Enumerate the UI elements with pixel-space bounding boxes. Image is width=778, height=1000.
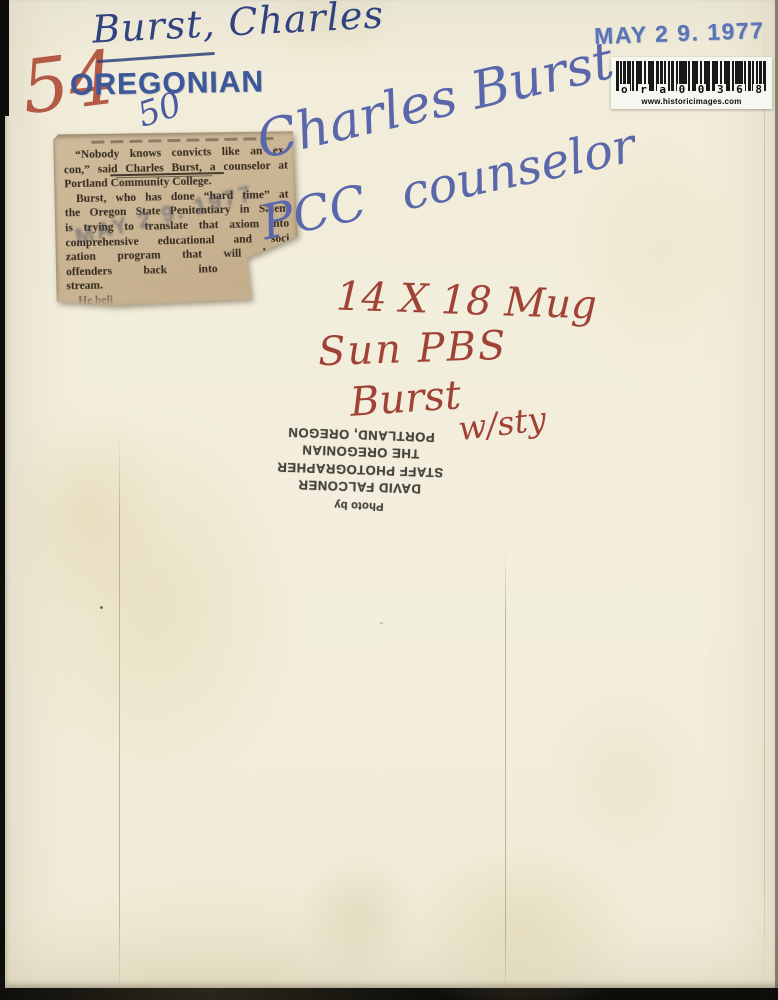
crease-line-right xyxy=(764,0,765,1000)
barcode-character: 3 xyxy=(715,84,726,95)
barcode-character: 8 xyxy=(753,84,764,95)
crease-line-left xyxy=(119,430,120,1000)
barcode-character: 0 xyxy=(677,84,688,95)
size-note: 14 X 18 Mug xyxy=(335,273,597,328)
barcode-character: o xyxy=(619,84,630,95)
paper-speck xyxy=(100,606,103,609)
ink-speck xyxy=(380,622,383,624)
crease-line-center xyxy=(505,548,506,1000)
barcode-character: r xyxy=(638,84,649,95)
publication-note: Sun PBS xyxy=(317,323,508,376)
barcode-website: www.historicimages.com xyxy=(611,97,772,106)
barcode-label: ora00368 www.historicimages.com xyxy=(611,57,772,109)
scan-edge-top-left xyxy=(5,0,9,116)
name-note: Burst xyxy=(349,372,463,426)
photographer-stamp: Photo byDAVID FALCONERSTAFF PHOTOGRAPHER… xyxy=(259,423,462,517)
barcode-character: a xyxy=(657,84,668,95)
barcode-characters: ora00368 xyxy=(611,84,772,95)
clipping-cutoff-line xyxy=(91,137,273,144)
barcode-character: 6 xyxy=(734,84,745,95)
barcode-character: 0 xyxy=(696,84,707,95)
